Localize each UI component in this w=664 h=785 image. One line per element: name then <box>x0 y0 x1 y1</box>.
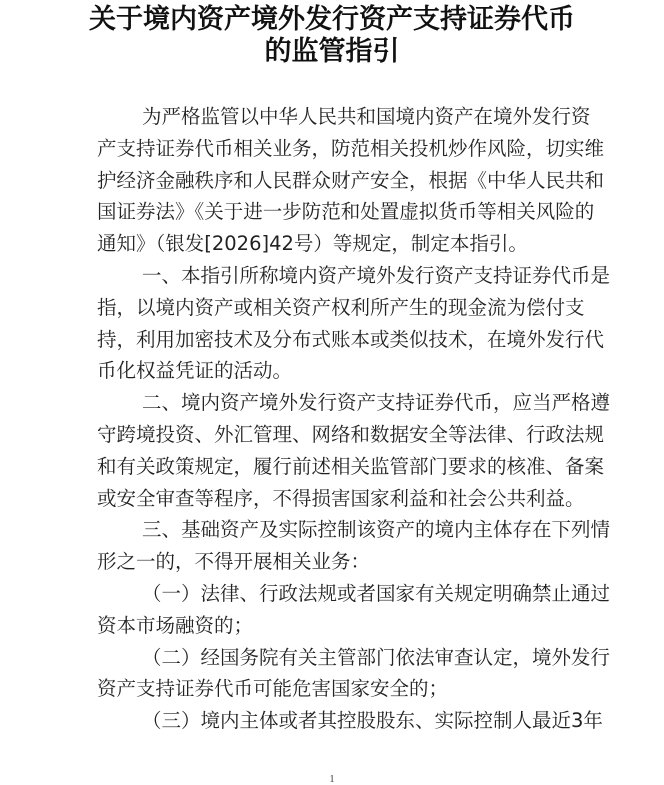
body-line: 为严格监管以中华人民共和国境内资产在境外发行资 <box>97 101 569 133</box>
body-line: 通知》（银发[2026]42号）等规定，制定本指引。 <box>97 228 569 260</box>
body-line: （一）法律、行政法规或者国家有关规定明确禁止通过 <box>97 578 569 610</box>
body-line: 指，以境内资产或相关资产权利所产生的现金流为偿付支 <box>97 292 569 324</box>
body-line: 国证券法》《关于进一步防范和处置虚拟货币等相关风险的 <box>97 196 569 228</box>
body-line: 一、本指引所称境内资产境外发行资产支持证券代币是 <box>97 260 569 292</box>
title-line-1: 关于境内资产境外发行资产支持证券代币 <box>0 4 664 36</box>
body-line: 二、境内资产境外发行资产支持证券代币，应当严格遵 <box>97 387 569 419</box>
body-line: （二）经国务院有关主管部门依法审查认定，境外发行 <box>97 642 569 674</box>
body-line: 持，利用加密技术及分布式账本或类似技术，在境外发行代 <box>97 324 569 356</box>
body-line: 形之一的，不得开展相关业务： <box>97 546 569 578</box>
body-line: 资本市场融资的； <box>97 610 569 642</box>
body-line: 和有关政策规定，履行前述相关监管部门要求的核准、备案 <box>97 451 569 483</box>
document-body: 为严格监管以中华人民共和国境内资产在境外发行资 产支持证券代币相关业务，防范相关… <box>97 101 569 737</box>
title-line-2: 的监管指引 <box>0 36 664 68</box>
body-line: 三、基础资产及实际控制该资产的境内主体存在下列情 <box>97 514 569 546</box>
body-line: 产支持证券代币相关业务，防范相关投机炒作风险，切实维 <box>97 133 569 165</box>
body-line: （三）境内主体或者其控股股东、实际控制人最近3年 <box>97 705 569 737</box>
body-line: 币化权益凭证的活动。 <box>97 355 569 387</box>
body-line: 守跨境投资、外汇管理、网络和数据安全等法律、行政法规 <box>97 419 569 451</box>
body-line: 或安全审查等程序，不得损害国家利益和社会公共利益。 <box>97 483 569 515</box>
body-line: 护经济金融秩序和人民群众财产安全，根据《中华人民共和 <box>97 165 569 197</box>
document-page: 关于境内资产境外发行资产支持证券代币 的监管指引 为严格监管以中华人民共和国境内… <box>0 0 664 785</box>
body-line: 资产支持证券代币可能危害国家安全的； <box>97 673 569 705</box>
page-number: 1 <box>0 774 664 785</box>
